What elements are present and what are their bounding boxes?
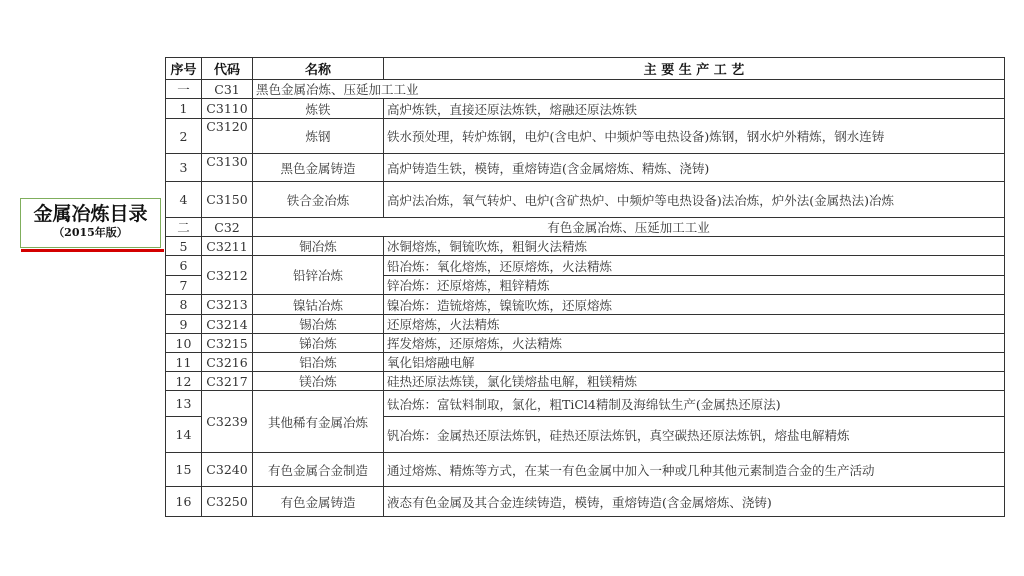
row-no: 14: [166, 417, 202, 453]
row-name: 黑色金属铸造: [253, 154, 384, 182]
row-process: 锌冶炼：还原熔炼，粗锌精炼: [384, 276, 1005, 295]
row-no: 5: [166, 237, 202, 256]
row-code: C3130: [202, 154, 253, 182]
row-name: 炼铁: [253, 99, 384, 119]
row-no: 15: [166, 453, 202, 487]
section-no: 一: [166, 80, 202, 99]
row-name: 有色金属合金制造: [253, 453, 384, 487]
row-name: 炼钢: [253, 119, 384, 154]
row-process: 冰铜熔炼，铜锍吹炼，粗铜火法精炼: [384, 237, 1005, 256]
row-code: C3240: [202, 453, 253, 487]
row-no: 8: [166, 295, 202, 315]
header-name: 名称: [253, 58, 384, 80]
catalog-edition: （2015年版）: [21, 226, 160, 240]
row-no: 13: [166, 391, 202, 417]
row-name: 铜冶炼: [253, 237, 384, 256]
row-no: 7: [166, 276, 202, 295]
row-code: C3110: [202, 99, 253, 119]
table-row: 15 C3240 有色金属合金制造 通过熔炼、精炼等方式，在某一有色金属中加入一…: [166, 453, 1005, 487]
row-no: 6: [166, 256, 202, 276]
section-no: 二: [166, 218, 202, 237]
table-row: 1 C3110 炼铁 高炉炼铁，直接还原法炼铁，熔融还原法炼铁: [166, 99, 1005, 119]
row-name: 锑冶炼: [253, 334, 384, 353]
header-no: 序号: [166, 58, 202, 80]
title-underline-decoration: [21, 249, 164, 252]
row-no: 11: [166, 353, 202, 372]
row-process: 钛冶炼：富钛料制取，氯化，粗TiCl4精制及海绵钛生产(金属热还原法): [384, 391, 1005, 417]
table-row: 6 C3212 铅锌冶炼 铅冶炼：氧化熔炼，还原熔炼，火法精炼: [166, 256, 1005, 276]
row-name: 其他稀有金属冶炼: [253, 391, 384, 453]
row-code: C3120: [202, 119, 253, 154]
row-code: C3216: [202, 353, 253, 372]
row-process: 还原熔炼，火法精炼: [384, 315, 1005, 334]
row-process: 挥发熔炼，还原熔炼，火法精炼: [384, 334, 1005, 353]
row-code: C3250: [202, 487, 253, 517]
row-process: 钒冶炼：金属热还原法炼钒，硅热还原法炼钒，真空碳热还原法炼钒，熔盐电解精炼: [384, 417, 1005, 453]
table-row: 11 C3216 铝冶炼 氧化铝熔融电解: [166, 353, 1005, 372]
row-process: 通过熔炼、精炼等方式，在某一有色金属中加入一种或几种其他元素制造合金的生产活动: [384, 453, 1005, 487]
row-process: 铅冶炼：氧化熔炼，还原熔炼，火法精炼: [384, 256, 1005, 276]
table-row: 10 C3215 锑冶炼 挥发熔炼，还原熔炼，火法精炼: [166, 334, 1005, 353]
row-name: 有色金属铸造: [253, 487, 384, 517]
row-no: 2: [166, 119, 202, 154]
row-code: C3212: [202, 256, 253, 295]
section-name: 黑色金属冶炼、压延加工工业: [253, 80, 1005, 99]
row-process: 铁水预处理，转炉炼钢，电炉(含电炉、中频炉等电热设备)炼钢，钢水炉外精炼，钢水连…: [384, 119, 1005, 154]
table-header-row: 序号 代码 名称 主 要 生 产 工 艺: [166, 58, 1005, 80]
row-no: 10: [166, 334, 202, 353]
catalog-title: 金属冶炼目录: [21, 202, 160, 226]
row-process: 硅热还原法炼镁，氯化镁熔盐电解，粗镁精炼: [384, 372, 1005, 391]
row-code: C3214: [202, 315, 253, 334]
metal-smelting-catalog-table: 序号 代码 名称 主 要 生 产 工 艺 一 C31 黑色金属冶炼、压延加工工业…: [165, 57, 1005, 517]
row-process: 高炉法冶炼，氧气转炉、电炉(含矿热炉、中频炉等电热设备)法冶炼，炉外法(金属热法…: [384, 182, 1005, 218]
row-process: 液态有色金属及其合金连续铸造，模铸，重熔铸造(含金属熔炼、浇铸): [384, 487, 1005, 517]
row-no: 1: [166, 99, 202, 119]
table-row: 8 C3213 镍钴冶炼 镍冶炼：造锍熔炼，镍锍吹炼，还原熔炼: [166, 295, 1005, 315]
table-row: 4 C3150 铁合金冶炼 高炉法冶炼，氧气转炉、电炉(含矿热炉、中频炉等电热设…: [166, 182, 1005, 218]
row-name: 铅锌冶炼: [253, 256, 384, 295]
row-no: 9: [166, 315, 202, 334]
row-name: 铝冶炼: [253, 353, 384, 372]
table-row: 9 C3214 锡冶炼 还原熔炼，火法精炼: [166, 315, 1005, 334]
row-code: C3215: [202, 334, 253, 353]
row-no: 16: [166, 487, 202, 517]
row-code: C3239: [202, 391, 253, 453]
header-code: 代码: [202, 58, 253, 80]
header-process: 主 要 生 产 工 艺: [384, 58, 1005, 80]
row-name: 锡冶炼: [253, 315, 384, 334]
row-process: 高炉铸造生铁，模铸，重熔铸造(含金属熔炼、精炼、浇铸): [384, 154, 1005, 182]
table-row: 12 C3217 镁冶炼 硅热还原法炼镁，氯化镁熔盐电解，粗镁精炼: [166, 372, 1005, 391]
row-name: 镁冶炼: [253, 372, 384, 391]
row-code: C3217: [202, 372, 253, 391]
table-row: 2 C3120 炼钢 铁水预处理，转炉炼钢，电炉(含电炉、中频炉等电热设备)炼钢…: [166, 119, 1005, 154]
table-row: 3 C3130 黑色金属铸造 高炉铸造生铁，模铸，重熔铸造(含金属熔炼、精炼、浇…: [166, 154, 1005, 182]
section-name: 有色金属冶炼、压延加工工业: [253, 218, 1005, 237]
section-row-nonferrous: 二 C32 有色金属冶炼、压延加工工业: [166, 218, 1005, 237]
row-code: C3211: [202, 237, 253, 256]
row-name: 铁合金冶炼: [253, 182, 384, 218]
row-process: 高炉炼铁，直接还原法炼铁，熔融还原法炼铁: [384, 99, 1005, 119]
row-process: 氧化铝熔融电解: [384, 353, 1005, 372]
table-row: 16 C3250 有色金属铸造 液态有色金属及其合金连续铸造，模铸，重熔铸造(含…: [166, 487, 1005, 517]
section-code: C31: [202, 80, 253, 99]
row-code: C3213: [202, 295, 253, 315]
row-code: C3150: [202, 182, 253, 218]
table-row: 13 C3239 其他稀有金属冶炼 钛冶炼：富钛料制取，氯化，粗TiCl4精制及…: [166, 391, 1005, 417]
row-no: 12: [166, 372, 202, 391]
row-process: 镍冶炼：造锍熔炼，镍锍吹炼，还原熔炼: [384, 295, 1005, 315]
section-row-ferrous: 一 C31 黑色金属冶炼、压延加工工业: [166, 80, 1005, 99]
section-code: C32: [202, 218, 253, 237]
catalog-title-box: 金属冶炼目录 （2015年版）: [20, 198, 161, 248]
row-no: 4: [166, 182, 202, 218]
row-no: 3: [166, 154, 202, 182]
table-row: 5 C3211 铜冶炼 冰铜熔炼，铜锍吹炼，粗铜火法精炼: [166, 237, 1005, 256]
row-name: 镍钴冶炼: [253, 295, 384, 315]
